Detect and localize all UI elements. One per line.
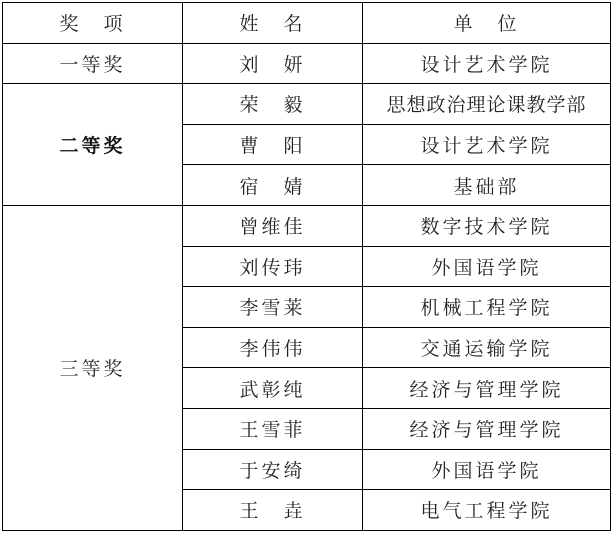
header-name: 姓 名: [183, 3, 363, 44]
rank-third: 三等奖: [3, 205, 183, 530]
winner-unit: 外国语学院: [363, 449, 611, 490]
winner-unit: 外国语学院: [363, 246, 611, 287]
winner-unit: 经济与管理学院: [363, 368, 611, 409]
winner-name: 于安绮: [183, 449, 363, 490]
winner-name: 刘传玮: [183, 246, 363, 287]
table-row: 二等奖 荣 毅 思想政治理论课教学部: [3, 84, 611, 125]
winner-unit: 设计艺术学院: [363, 124, 611, 165]
winner-unit: 设计艺术学院: [363, 43, 611, 84]
winner-unit: 交通运输学院: [363, 327, 611, 368]
winner-unit: 电气工程学院: [363, 490, 611, 531]
winner-unit: 思想政治理论课教学部: [363, 84, 611, 125]
winner-name: 刘 妍: [183, 43, 363, 84]
table-row: 一等奖 刘 妍 设计艺术学院: [3, 43, 611, 84]
winner-name: 李伟伟: [183, 327, 363, 368]
winner-name: 王雪菲: [183, 408, 363, 449]
table-row: 三等奖 曾维佳 数字技术学院: [3, 205, 611, 246]
winner-unit: 机械工程学院: [363, 287, 611, 328]
winner-unit: 数字技术学院: [363, 205, 611, 246]
rank-first: 一等奖: [3, 43, 183, 84]
winner-name: 宿 婧: [183, 165, 363, 206]
winner-name: 曾维佳: [183, 205, 363, 246]
rank-second: 二等奖: [3, 84, 183, 206]
winner-name: 荣 毅: [183, 84, 363, 125]
winner-name: 曹 阳: [183, 124, 363, 165]
winner-unit: 经济与管理学院: [363, 408, 611, 449]
winner-name: 李雪莱: [183, 287, 363, 328]
winner-unit: 基础部: [363, 165, 611, 206]
header-unit: 单 位: [363, 3, 611, 44]
awards-table: 奖 项 姓 名 单 位 一等奖 刘 妍 设计艺术学院 二等奖 荣 毅 思想政治理…: [2, 2, 611, 531]
winner-name: 王 垚: [183, 490, 363, 531]
header-award: 奖 项: [3, 3, 183, 44]
header-row: 奖 项 姓 名 单 位: [3, 3, 611, 44]
winner-name: 武彰纯: [183, 368, 363, 409]
